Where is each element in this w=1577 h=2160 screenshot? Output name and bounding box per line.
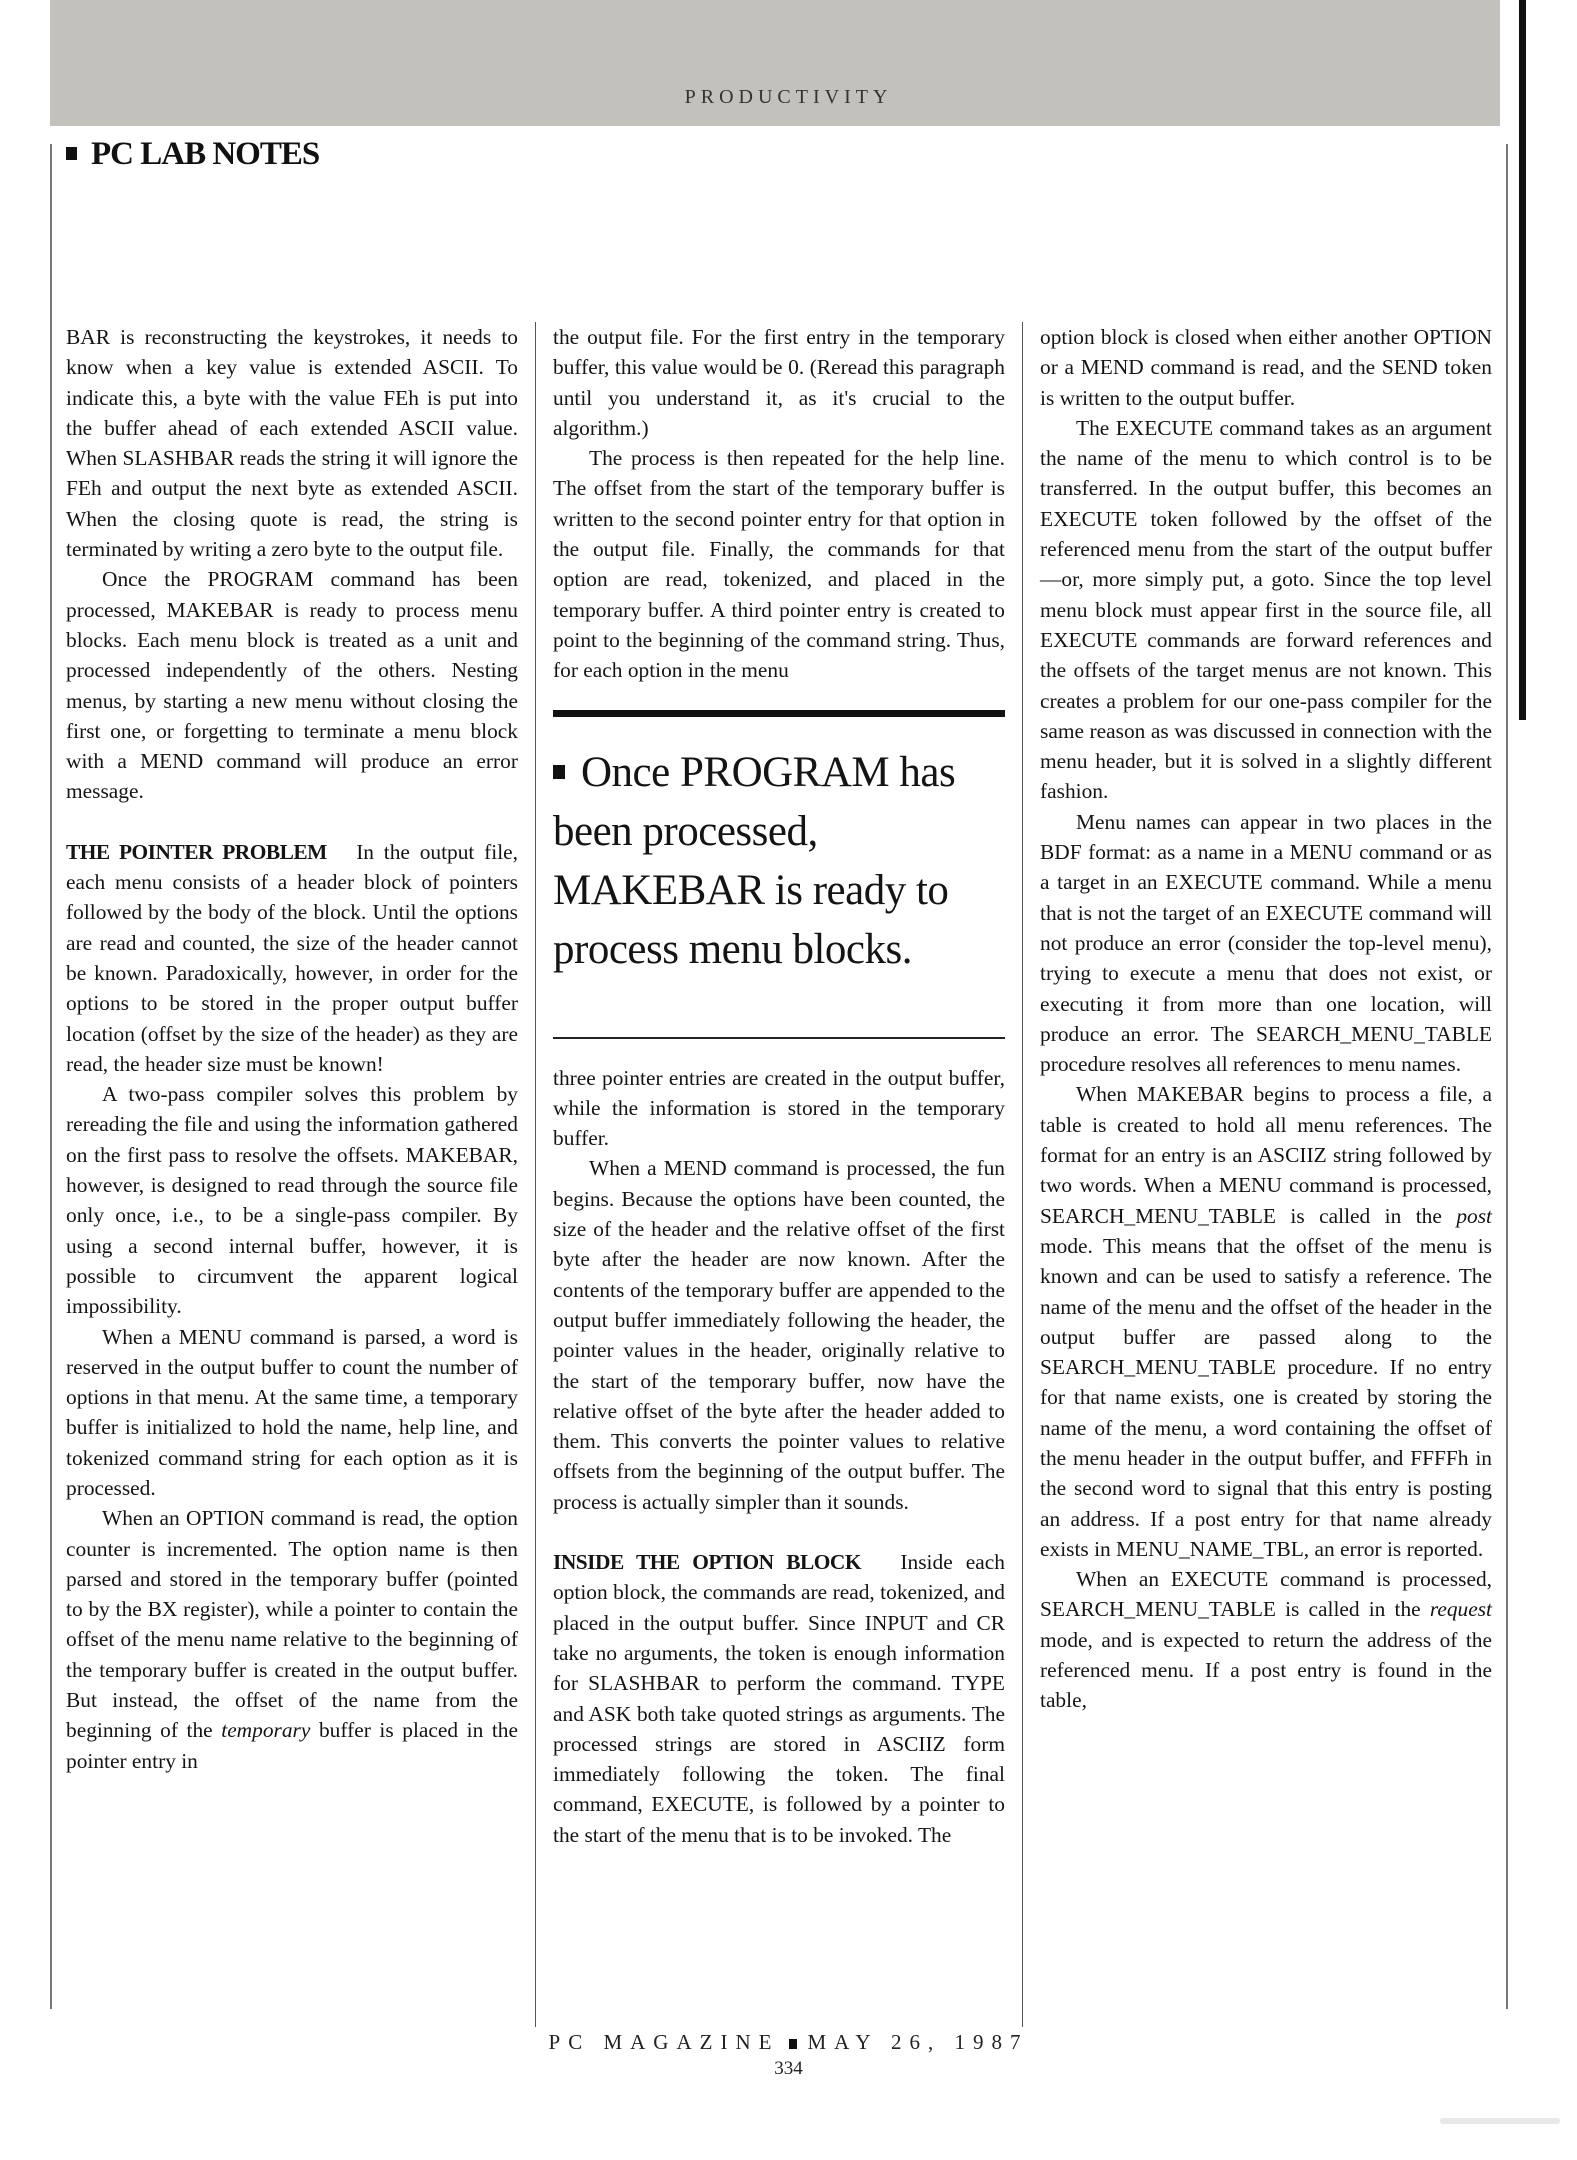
emphasis: temporary bbox=[221, 1718, 310, 1742]
column-divider bbox=[535, 322, 536, 2027]
paragraph: Once the PROGRAM command has been proces… bbox=[66, 564, 518, 806]
paragraph: the output file. For the first entry in … bbox=[553, 322, 1005, 443]
paragraph-with-subhead: INSIDE THE OPTION BLOCK Inside each opti… bbox=[553, 1547, 1005, 1850]
paragraph-text: When an OPTION command is read, the opti… bbox=[66, 1506, 518, 1742]
issue-date: MAY 26, 1987 bbox=[807, 2030, 1028, 2054]
page-number: 334 bbox=[0, 2058, 1577, 2080]
paragraph: The process is then repeated for the hel… bbox=[553, 443, 1005, 685]
pull-quote-text: Once PROGRAM has been processed, MAKEBAR… bbox=[553, 749, 955, 973]
column-divider bbox=[1022, 322, 1023, 2027]
paragraph: option block is closed when either anoth… bbox=[1040, 322, 1492, 413]
paragraph: When MAKEBAR begins to process a file, a… bbox=[1040, 1079, 1492, 1564]
department-title-text: PC LAB NOTES bbox=[91, 136, 319, 172]
square-bullet-icon bbox=[553, 765, 565, 779]
subhead-pointer-problem: THE POINTER PROBLEM bbox=[66, 840, 327, 864]
paragraph-text: In the output file, each menu consists o… bbox=[66, 840, 518, 1076]
section-label: PRODUCTIVITY bbox=[0, 86, 1577, 109]
paragraph-with-subhead: THE POINTER PROBLEM In the output file, … bbox=[66, 837, 518, 1079]
article-column-2: the output file. For the first entry in … bbox=[553, 322, 1005, 1850]
square-bullet-icon bbox=[789, 2039, 797, 2049]
frame-left-rule bbox=[50, 144, 52, 2009]
paragraph: Menu names can appear in two places in t… bbox=[1040, 807, 1492, 1080]
emphasis: post bbox=[1456, 1204, 1492, 1228]
article-column-1: BAR is reconstructing the keystrokes, it… bbox=[66, 322, 518, 1776]
paragraph: three pointer entries are created in the… bbox=[553, 1063, 1005, 1154]
paragraph-text: Inside each option block, the commands a… bbox=[553, 1550, 1005, 1847]
paragraph: A two-pass compiler solves this problem … bbox=[66, 1079, 518, 1321]
paragraph-text: When MAKEBAR begins to process a file, a… bbox=[1040, 1082, 1492, 1227]
paragraph-text: mode. This means that the offset of the … bbox=[1040, 1234, 1492, 1561]
paragraph: When an OPTION command is read, the opti… bbox=[66, 1503, 518, 1776]
paragraph: When an EXECUTE command is processed, SE… bbox=[1040, 1564, 1492, 1715]
paragraph: When a MENU command is parsed, a word is… bbox=[66, 1322, 518, 1504]
emphasis: request bbox=[1430, 1597, 1492, 1621]
paragraph: BAR is reconstructing the keystrokes, it… bbox=[66, 322, 518, 564]
scan-artifact bbox=[1440, 2118, 1560, 2124]
paragraph-text: When an EXECUTE command is processed, SE… bbox=[1040, 1567, 1492, 1621]
paragraph: When a MEND command is processed, the fu… bbox=[553, 1153, 1005, 1517]
paragraph: The EXECUTE command takes as an argument… bbox=[1040, 413, 1492, 807]
page-footer: PC MAGAZINEMAY 26, 1987 bbox=[0, 2030, 1577, 2055]
article-column-3: option block is closed when either anoth… bbox=[1040, 322, 1492, 1716]
pull-quote: Once PROGRAM has been processed, MAKEBAR… bbox=[553, 710, 1005, 1039]
magazine-name: PC MAGAZINE bbox=[549, 2030, 780, 2054]
page-edge-rule bbox=[1519, 0, 1526, 720]
paragraph-text: mode, and is expected to return the addr… bbox=[1040, 1628, 1492, 1713]
square-bullet-icon bbox=[66, 147, 77, 160]
department-title: PC LAB NOTES bbox=[66, 136, 319, 173]
frame-right-rule bbox=[1506, 144, 1508, 2009]
subhead-option-block: INSIDE THE OPTION BLOCK bbox=[553, 1550, 861, 1574]
